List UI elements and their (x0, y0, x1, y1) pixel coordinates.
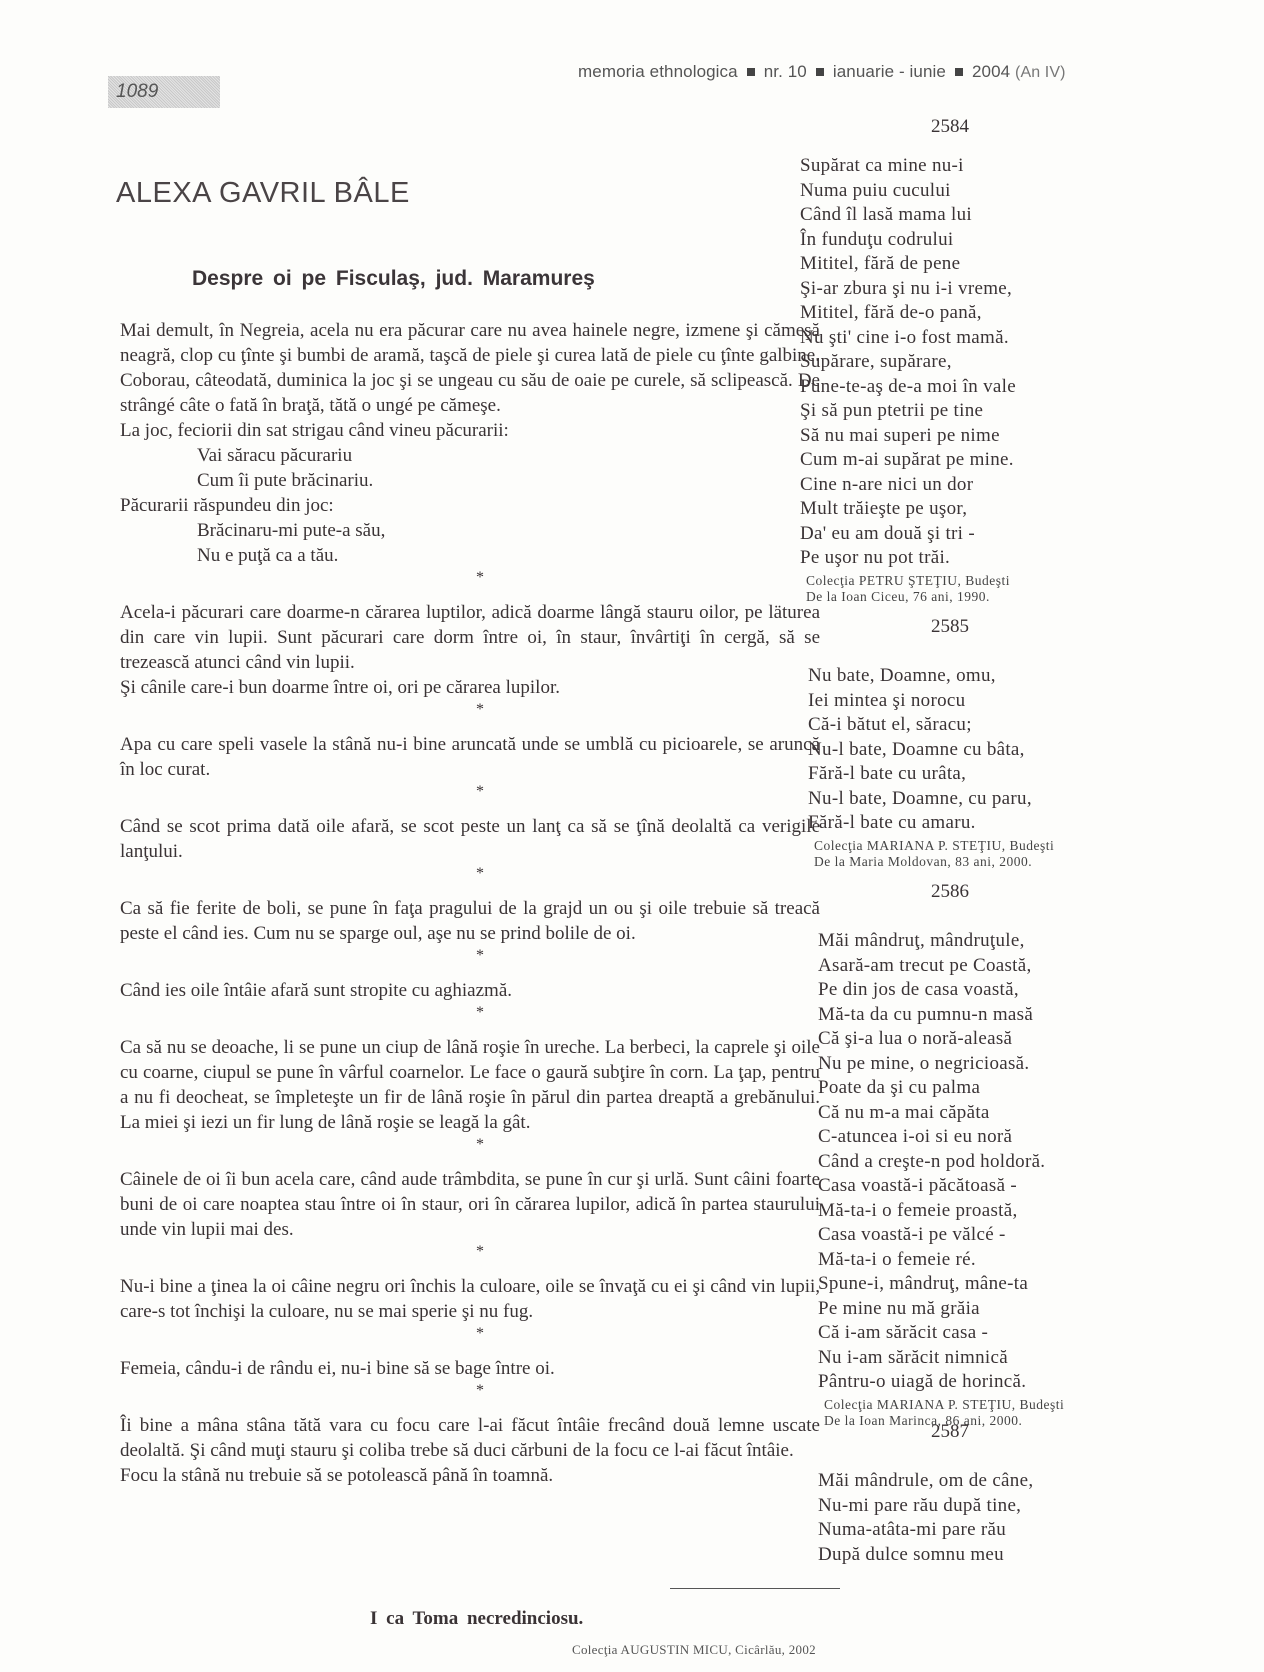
poem-credit: Colecţia PETRU ŞTEŢIU, BudeştiDe la Ioan… (800, 573, 1060, 605)
running-header: memoria ethnologicanr. 10ianuarie - iuni… (578, 62, 1066, 82)
section-separator: * (120, 700, 820, 720)
poem-line: Numa-atâta-mi pare rău (818, 1518, 1060, 1543)
credit-line: De la Ioan Ciceu, 76 ani, 1990. (806, 589, 1060, 605)
poem-line: Şi să pun ptetrii pe tine (800, 399, 1060, 424)
section-separator: * (120, 864, 820, 884)
poem-line: Pe din jos de casa voastă, (818, 978, 1064, 1003)
poem-line: Nu bate, Doamne, omu, (808, 664, 1060, 689)
section-separator: * (120, 568, 820, 588)
spacer (120, 802, 820, 814)
spacer (120, 1344, 820, 1356)
paragraph: Când ies oile întâie afară sunt stropite… (120, 978, 820, 1003)
spacer (120, 884, 820, 896)
poem-line: Mă-ta-i o femeie ré. (818, 1248, 1064, 1273)
poem: 2585Nu bate, Doamne, omu,Iei mintea şi n… (808, 612, 1060, 870)
paragraph: Şi cânile care-i bun doarme între oi, or… (120, 675, 820, 700)
poem-line: Nu-l bate, Doamne cu bâta, (808, 738, 1060, 763)
paragraph: Câinele de oi îi bun acela care, când au… (120, 1167, 820, 1242)
square-bullet-icon (747, 68, 755, 76)
poem-line: Pune-te-aş de-a moi în vale (800, 375, 1060, 400)
square-bullet-icon (955, 68, 963, 76)
poem-line: Mititel, fără de-o pană, (800, 301, 1060, 326)
poem-line: Iei mintea şi norocu (808, 689, 1060, 714)
poem: 2587Măi mândrule, om de câne,Nu-mi pare … (818, 1417, 1060, 1567)
poem-line: Cine n-are nici un dor (800, 473, 1060, 498)
poem-line: Nu şti' cine i-o fost mamă. (800, 326, 1060, 351)
poem-number: 2586 (840, 877, 1060, 907)
poem-line: În funduţu codrului (800, 228, 1060, 253)
poem-number: 2584 (840, 112, 1060, 142)
poem-line: Supărare, supărare, (800, 350, 1060, 375)
square-bullet-icon (816, 68, 824, 76)
poem-line: Pe uşor nu pot trăi. (800, 546, 1060, 571)
verse-line: Nu e puţă ca a tău. (120, 543, 820, 568)
poem: 2584Supărat ca mine nu-iNuma puiu cuculu… (800, 112, 1060, 605)
poem-line: Numa puiu cucului (800, 179, 1060, 204)
poem-line: C-atuncea i-oi si eu noră (818, 1125, 1064, 1150)
paragraph: Nu-i bine a ţinea la oi câine negru ori … (120, 1274, 820, 1324)
poem-lines: Nu bate, Doamne, omu,Iei mintea şi noroc… (808, 664, 1060, 836)
credit-line: Colecţia PETRU ŞTEŢIU, Budeşti (806, 573, 1060, 589)
paragraph: Ca să fie ferite de boli, se pune în faţ… (120, 896, 820, 946)
poem-line: Că i-am sărăcit casa - (818, 1321, 1064, 1346)
poem-line: Nu pe mine, o negricioasă. (818, 1052, 1064, 1077)
spacer (120, 720, 820, 732)
article-credit: Colecţia AUGUSTIN MICU, Cicârlău, 2002 (572, 1642, 816, 1658)
poem-line: După dulce somnu meu (818, 1543, 1060, 1568)
poem-line: Mă-ta da cu pumnu-n masă (818, 1003, 1064, 1028)
spacer (120, 1401, 820, 1413)
poem-line: Mititel, fără de pene (800, 252, 1060, 277)
poem-line: Nu-l bate, Doamne, cu paru, (808, 787, 1060, 812)
poem-line: Spune-i, mândruţ, mâne-ta (818, 1272, 1064, 1297)
credit-line: Colecţia MARIANA P. STEŢIU, Budeşti (814, 838, 1060, 854)
paragraph: La joc, feciorii din sat strigau când vi… (120, 418, 820, 443)
poem-lines: Supărat ca mine nu-iNuma puiu cuculuiCân… (800, 154, 1060, 571)
section-separator: * (120, 1003, 820, 1023)
poem-line: Măi mândrule, om de câne, (818, 1469, 1060, 1494)
spacer (120, 588, 820, 600)
paragraph: Mai demult, în Negreia, acela nu era păc… (120, 318, 820, 418)
poem-line: Şi-ar zbura şi nu i-i vreme, (800, 277, 1060, 302)
section-separator: * (120, 1381, 820, 1401)
poem-line: Casa voastă-i pe vălcé - (818, 1223, 1064, 1248)
spacer (120, 1262, 820, 1274)
poem-line: Poate da şi cu palma (818, 1076, 1064, 1101)
paragraph: Focu la stână nu trebuie să se potoleasc… (120, 1463, 820, 1488)
poem-line: Pântru-o uiagă de horincă. (818, 1370, 1064, 1395)
poem-line: Când îl lasă mama lui (800, 203, 1060, 228)
journal-name: memoria ethnologica (578, 62, 738, 81)
spacer (120, 1155, 820, 1167)
issue-year-suffix: (An IV) (1015, 64, 1066, 81)
poem-line: Măi mândruţ, mândruţule, (818, 929, 1064, 954)
issue-number: nr. 10 (764, 62, 807, 81)
paragraph: Când se scot prima dată oile afară, se s… (120, 814, 820, 864)
poem-line: Pe mine nu mă grăia (818, 1297, 1064, 1322)
poem-line: Nu i-am sărăcit nimnică (818, 1346, 1064, 1371)
paragraph: Îi bine a mâna stâna tătă vara cu focu c… (120, 1413, 820, 1463)
poem-line: Fără-l bate cu urâta, (808, 762, 1060, 787)
poem-line: Mult trăieşte pe uşor, (800, 497, 1060, 522)
poem-number: 2587 (840, 1417, 1060, 1447)
section-separator: * (120, 782, 820, 802)
poem-credit: Colecţia MARIANA P. STEŢIU, BudeştiDe la… (808, 838, 1060, 870)
poem-number: 2585 (840, 612, 1060, 642)
poem: 2586Măi mândruţ, mândruţule,Asară-am tre… (818, 877, 1064, 1429)
issue-period: ianuarie - iunie (833, 62, 946, 81)
verse-line: Vai săracu păcurariu (120, 443, 820, 468)
page-number: 1089 (108, 76, 220, 108)
poem-line: Casa voastă-i păcătoasă - (818, 1174, 1064, 1199)
poem-line: Că nu m-a mai căpăta (818, 1101, 1064, 1126)
paragraph: Apa cu care speli vasele la stână nu-i b… (120, 732, 820, 782)
poem-line: Când a creşte-n pod holdoră. (818, 1150, 1064, 1175)
verse-line: Brăcinaru-mi pute-a său, (120, 518, 820, 543)
credit-line: Colecţia MARIANA P. STEŢIU, Budeşti (824, 1397, 1064, 1413)
poem-line: Că-i bătut el, săracu; (808, 713, 1060, 738)
poem-line: Că şi-a lua o noră-aleasă (818, 1027, 1064, 1052)
poem-line: Mă-ta-i o femeie proastă, (818, 1199, 1064, 1224)
issue-year: 2004 (972, 62, 1010, 81)
paragraph: Păcurarii răspundeu din joc: (120, 493, 820, 518)
poem-line: Fără-l bate cu amaru. (808, 811, 1060, 836)
poem-lines: Măi mândrule, om de câne,Nu-mi pare rău … (818, 1469, 1060, 1567)
article-author: ALEXA GAVRIL BÂLE (116, 177, 410, 210)
section-separator: * (120, 946, 820, 966)
poem-line: Supărat ca mine nu-i (800, 154, 1060, 179)
paragraph: Femeia, cându-i de rându ei, nu-i bine s… (120, 1356, 820, 1381)
article-body: Mai demult, în Negreia, acela nu era păc… (120, 318, 820, 1488)
paragraph: Ca să nu se deoache, li se pune un ciup … (120, 1035, 820, 1135)
section-separator: * (120, 1135, 820, 1155)
poem-line: Asară-am trecut pe Coastă, (818, 954, 1064, 979)
poem-line: Da' eu am două şi tri - (800, 522, 1060, 547)
paragraph: Acela-i păcurari care doarme-n cărarea l… (120, 600, 820, 675)
spacer (120, 1023, 820, 1035)
divider-rule (670, 1588, 840, 1589)
riddle-answer: I ca Toma necredinciosu. (370, 1608, 583, 1630)
poem-line: Nu-mi pare rău după tine, (818, 1494, 1060, 1519)
article-title: Despre oi pe Fisculaş, jud. Maramureş (192, 267, 595, 291)
poem-lines: Măi mândruţ, mândruţule,Asară-am trecut … (818, 929, 1064, 1395)
poem-line: Cum m-ai supărat pe mine. (800, 448, 1060, 473)
spacer (120, 966, 820, 978)
section-separator: * (120, 1242, 820, 1262)
credit-line: De la Maria Moldovan, 83 ani, 2000. (814, 854, 1060, 870)
verse-line: Cum îi pute brăcinariu. (120, 468, 820, 493)
poem-line: Să nu mai superi pe nime (800, 424, 1060, 449)
section-separator: * (120, 1324, 820, 1344)
